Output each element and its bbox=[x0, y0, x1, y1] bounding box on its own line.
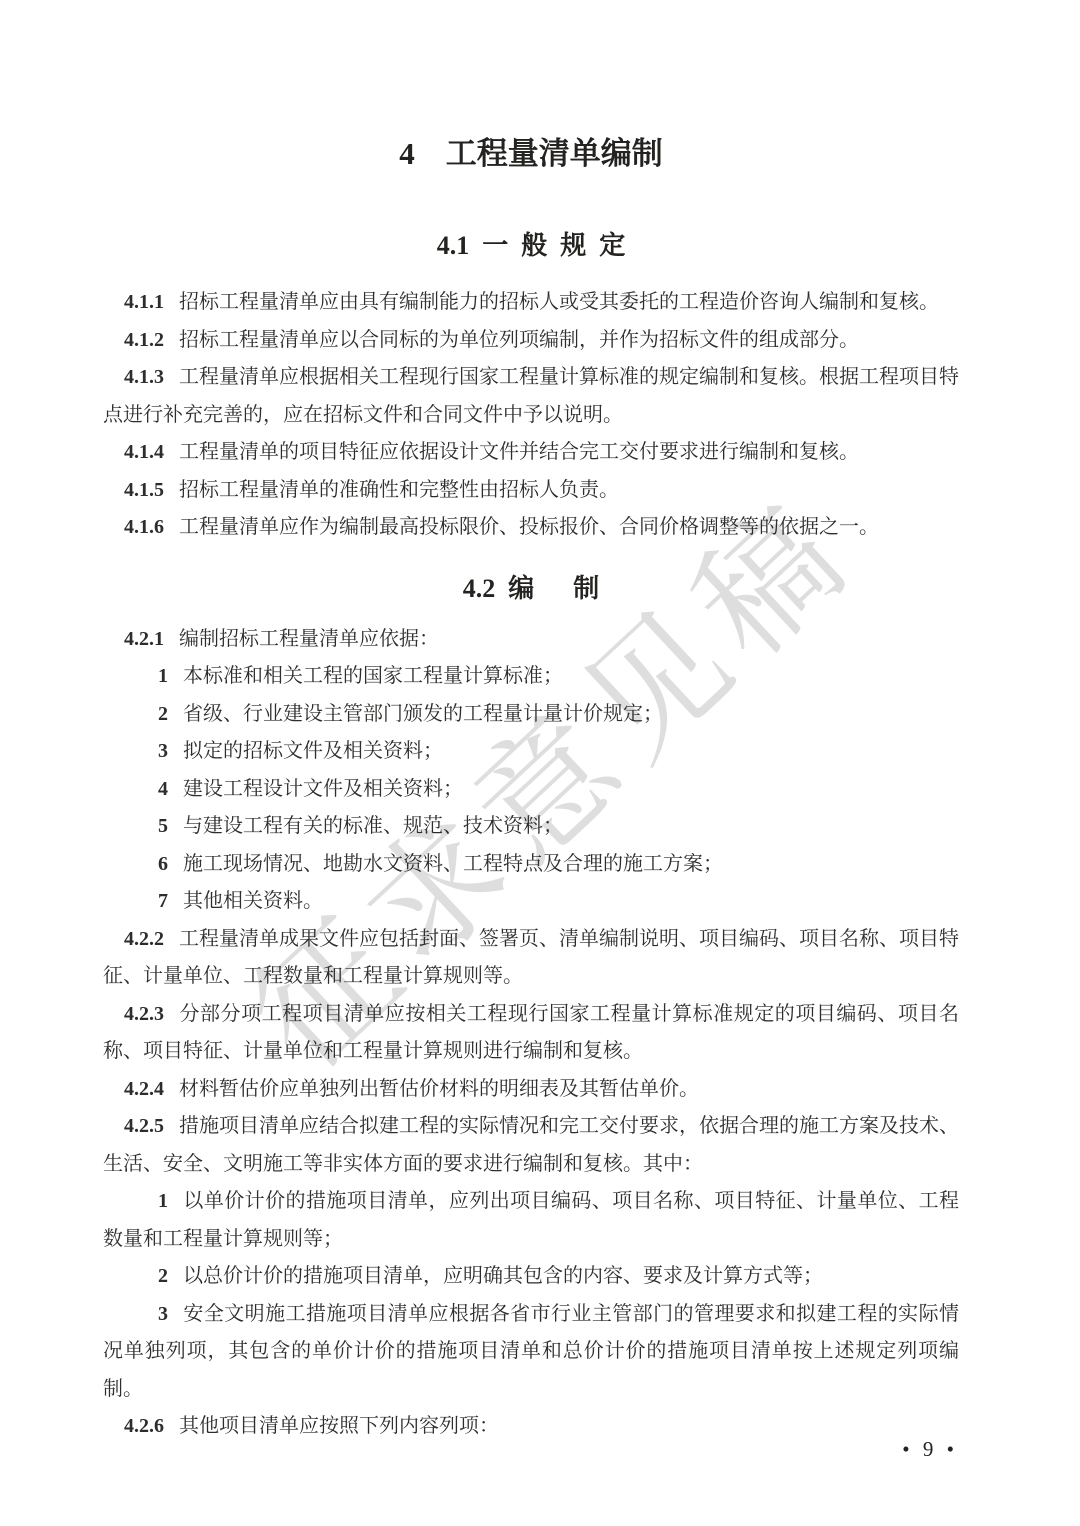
clause-text: 工程量清单成果文件应包括封面、签署页、清单编制说明、项目编码、项目名称、项目特征… bbox=[103, 928, 959, 988]
clause-number: 4.1.3 bbox=[124, 366, 164, 388]
clause-number: 4.2.5 bbox=[124, 1115, 164, 1137]
list-item-2: 2以总价计价的措施项目清单，应明确其包含的内容、要求及计算方式等； bbox=[103, 1258, 959, 1296]
item-number: 2 bbox=[158, 1265, 168, 1287]
list-item-3: 3拟定的招标文件及相关资料； bbox=[103, 733, 959, 771]
item-text: 其他相关资料。 bbox=[183, 890, 323, 912]
clause-number: 4.1.2 bbox=[124, 329, 164, 351]
list-item-4: 4建设工程设计文件及相关资料； bbox=[103, 771, 959, 809]
list-item-2: 2省级、行业建设主管部门颁发的工程量计量计价规定； bbox=[103, 696, 959, 734]
item-number: 1 bbox=[158, 665, 168, 687]
item-text: 安全文明施工措施项目清单应根据各省市行业主管部门的管理要求和拟建工程的实际情况单… bbox=[103, 1303, 959, 1400]
clause-text: 措施项目清单应结合拟建工程的实际情况和完工交付要求，依据合理的施工方案及技术、生… bbox=[103, 1115, 959, 1175]
item-text: 以单价计价的措施项目清单，应列出项目编码、项目名称、项目特征、计量单位、工程数量… bbox=[103, 1190, 959, 1250]
item-number: 6 bbox=[158, 853, 168, 875]
clause-4-1-6: 4.1.6工程量清单应作为编制最高投标限价、投标报价、合同价格调整等的依据之一。 bbox=[103, 509, 959, 547]
clause-number: 4.2.6 bbox=[124, 1415, 164, 1437]
item-text: 建设工程设计文件及相关资料； bbox=[183, 778, 463, 800]
item-number: 3 bbox=[158, 740, 168, 762]
item-text: 本标准和相关工程的国家工程量计算标准； bbox=[183, 665, 563, 687]
clause-4-2-2: 4.2.2工程量清单成果文件应包括封面、签署页、清单编制说明、项目编码、项目名称… bbox=[103, 921, 959, 996]
clause-number: 4.2.4 bbox=[124, 1078, 164, 1100]
list-item-1: 1以单价计价的措施项目清单，应列出项目编码、项目名称、项目特征、计量单位、工程数… bbox=[103, 1183, 959, 1258]
clause-text: 工程量清单应作为编制最高投标限价、投标报价、合同价格调整等的依据之一。 bbox=[179, 516, 879, 538]
clause-number: 4.1.6 bbox=[124, 516, 164, 538]
list-item-6: 6施工现场情况、地勘水文资料、工程特点及合理的施工方案； bbox=[103, 846, 959, 884]
clause-text: 招标工程量清单应由具有编制能力的招标人或受其委托的工程造价咨询人编制和复核。 bbox=[179, 291, 939, 313]
clause-text: 其他项目清单应按照下列内容列项： bbox=[179, 1415, 499, 1437]
clause-text: 工程量清单的项目特征应依据设计文件并结合完工交付要求进行编制和复核。 bbox=[179, 441, 859, 463]
clause-4-2-5: 4.2.5措施项目清单应结合拟建工程的实际情况和完工交付要求，依据合理的施工方案… bbox=[103, 1108, 959, 1183]
item-text: 省级、行业建设主管部门颁发的工程量计量计价规定； bbox=[183, 703, 663, 725]
list-item-7: 7其他相关资料。 bbox=[103, 883, 959, 921]
section-heading-4-2: 4.2 编 制 bbox=[103, 571, 959, 607]
item-number: 4 bbox=[158, 778, 168, 800]
clause-number: 4.2.1 bbox=[124, 628, 164, 650]
item-text: 施工现场情况、地勘水文资料、工程特点及合理的施工方案； bbox=[183, 853, 723, 875]
page-number: • 9 • bbox=[902, 1437, 958, 1462]
clause-text: 招标工程量清单应以合同标的为单位列项编制，并作为招标文件的组成部分。 bbox=[179, 329, 859, 351]
clause-4-1-5: 4.1.5招标工程量清单的准确性和完整性由招标人负责。 bbox=[103, 472, 959, 510]
clause-text: 材料暂估价应单独列出暂估价材料的明细表及其暂估单价。 bbox=[179, 1078, 699, 1100]
clause-4-1-1: 4.1.1招标工程量清单应由具有编制能力的招标人或受其委托的工程造价咨询人编制和… bbox=[103, 284, 959, 322]
section-4-2-clauses: 4.2.1编制招标工程量清单应依据： 1本标准和相关工程的国家工程量计算标准； … bbox=[103, 621, 959, 1446]
clause-4-1-4: 4.1.4工程量清单的项目特征应依据设计文件并结合完工交付要求进行编制和复核。 bbox=[103, 434, 959, 472]
item-number: 7 bbox=[158, 890, 168, 912]
clause-text: 工程量清单应根据相关工程现行国家工程量计算标准的规定编制和复核。根据工程项目特点… bbox=[103, 366, 959, 426]
clause-number: 4.1.4 bbox=[124, 441, 164, 463]
clause-text: 分部分项工程项目清单应按相关工程现行国家工程量计算标准规定的项目编码、项目名称、… bbox=[103, 1003, 959, 1063]
item-text: 与建设工程有关的标准、规范、技术资料； bbox=[183, 815, 563, 837]
clause-number: 4.1.1 bbox=[124, 291, 164, 313]
clause-number: 4.2.2 bbox=[124, 928, 164, 950]
clause-number: 4.2.3 bbox=[124, 1003, 164, 1025]
section-heading-4-1: 4.1 一 般 规 定 bbox=[103, 228, 959, 264]
clause-4-2-1: 4.2.1编制招标工程量清单应依据： bbox=[103, 621, 959, 659]
list-item-3: 3安全文明施工措施项目清单应根据各省市行业主管部门的管理要求和拟建工程的实际情况… bbox=[103, 1296, 959, 1409]
clause-4-2-4: 4.2.4材料暂估价应单独列出暂估价材料的明细表及其暂估单价。 bbox=[103, 1071, 959, 1109]
item-text: 以总价计价的措施项目清单，应明确其包含的内容、要求及计算方式等； bbox=[183, 1265, 823, 1287]
list-item-1: 1本标准和相关工程的国家工程量计算标准； bbox=[103, 658, 959, 696]
item-number: 1 bbox=[158, 1190, 168, 1212]
clause-text: 招标工程量清单的准确性和完整性由招标人负责。 bbox=[179, 479, 619, 501]
item-text: 拟定的招标文件及相关资料； bbox=[183, 740, 443, 762]
item-number: 3 bbox=[158, 1303, 168, 1325]
clause-number: 4.1.5 bbox=[124, 479, 164, 501]
item-number: 2 bbox=[158, 703, 168, 725]
page-content: 4 工程量清单编制 4.1 一 般 规 定 4.1.1招标工程量清单应由具有编制… bbox=[103, 0, 959, 1446]
clause-4-2-3: 4.2.3分部分项工程项目清单应按相关工程现行国家工程量计算标准规定的项目编码、… bbox=[103, 996, 959, 1071]
document-page: 征求意见稿 4 工程量清单编制 4.1 一 般 规 定 4.1.1招标工程量清单… bbox=[0, 0, 1080, 1526]
clause-4-2-6: 4.2.6其他项目清单应按照下列内容列项： bbox=[103, 1408, 959, 1446]
clause-4-1-3: 4.1.3工程量清单应根据相关工程现行国家工程量计算标准的规定编制和复核。根据工… bbox=[103, 359, 959, 434]
item-number: 5 bbox=[158, 815, 168, 837]
section-4-1-clauses: 4.1.1招标工程量清单应由具有编制能力的招标人或受其委托的工程造价咨询人编制和… bbox=[103, 284, 959, 547]
chapter-title: 4 工程量清单编制 bbox=[103, 134, 959, 174]
clause-4-1-2: 4.1.2招标工程量清单应以合同标的为单位列项编制，并作为招标文件的组成部分。 bbox=[103, 322, 959, 360]
clause-text: 编制招标工程量清单应依据： bbox=[179, 628, 439, 650]
list-item-5: 5与建设工程有关的标准、规范、技术资料； bbox=[103, 808, 959, 846]
